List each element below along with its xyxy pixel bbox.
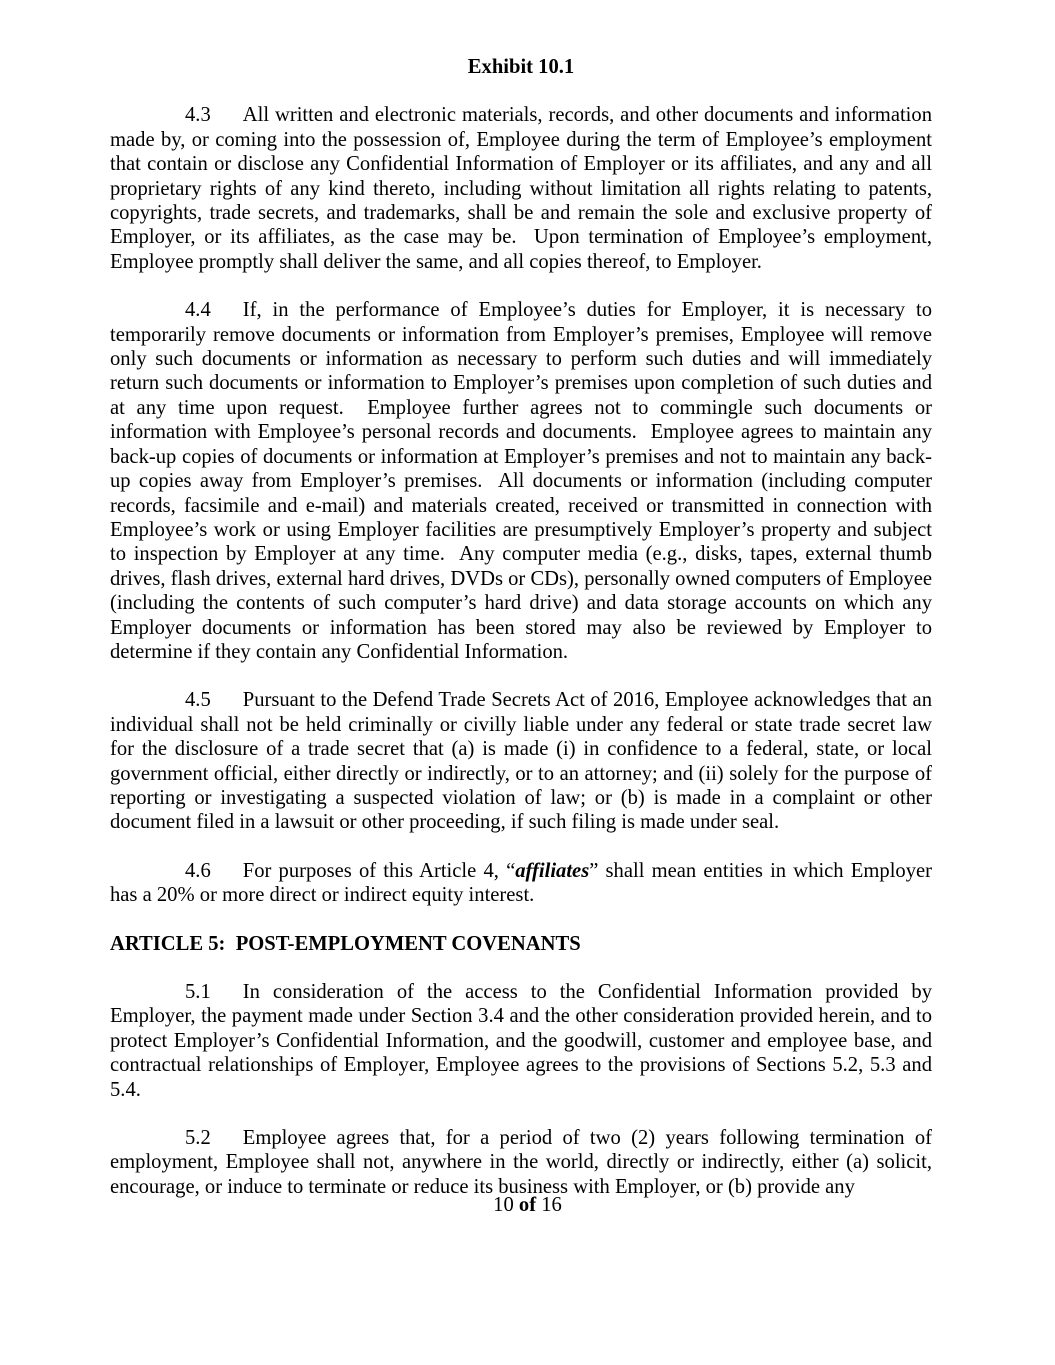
paragraph-4-5: 4.5Pursuant to the Defend Trade Secrets … [110, 688, 932, 834]
paragraph-4-6-text-before: For purposes of this Article 4, “ [243, 860, 515, 882]
paragraph-4-5-text: Pursuant to the Defend Trade Secrets Act… [110, 689, 937, 833]
paragraph-5-1-text: In consideration of the access to the Co… [110, 981, 937, 1101]
affiliates-emphasis: affiliates [515, 860, 589, 882]
paragraph-4-6: 4.6For purposes of this Article 4, “affi… [110, 859, 932, 908]
section-number-5-1: 5.1 [185, 981, 211, 1003]
document-page: Exhibit 10.1 4.3All written and electron… [0, 0, 1055, 1365]
paragraph-4-3: 4.3All written and electronic materials,… [110, 103, 932, 274]
paragraph-4-4: 4.4If, in the performance of Employee’s … [110, 298, 932, 664]
total-pages: 16 [541, 1194, 562, 1216]
paragraph-5-2-text: Employee agrees that, for a period of tw… [110, 1127, 937, 1198]
section-number-5-2: 5.2 [185, 1127, 211, 1149]
paragraph-4-4-text: If, in the performance of Employee’s dut… [110, 299, 937, 663]
paragraph-5-2: 5.2Employee agrees that, for a period of… [110, 1126, 932, 1199]
page-number: 10 [493, 1194, 514, 1216]
page-of-label: of [519, 1194, 536, 1216]
article-5-heading: ARTICLE 5: POST-EMPLOYMENT COVENANTS [110, 932, 932, 956]
exhibit-title: Exhibit 10.1 [110, 55, 932, 79]
page-footer: 10 of 16 [0, 1193, 1055, 1217]
paragraph-4-3-text: All written and electronic materials, re… [110, 104, 937, 272]
paragraph-5-1: 5.1In consideration of the access to the… [110, 980, 932, 1102]
section-number-4-6: 4.6 [185, 860, 211, 882]
section-number-4-3: 4.3 [185, 104, 211, 126]
section-number-4-5: 4.5 [185, 689, 211, 711]
section-number-4-4: 4.4 [185, 299, 211, 321]
